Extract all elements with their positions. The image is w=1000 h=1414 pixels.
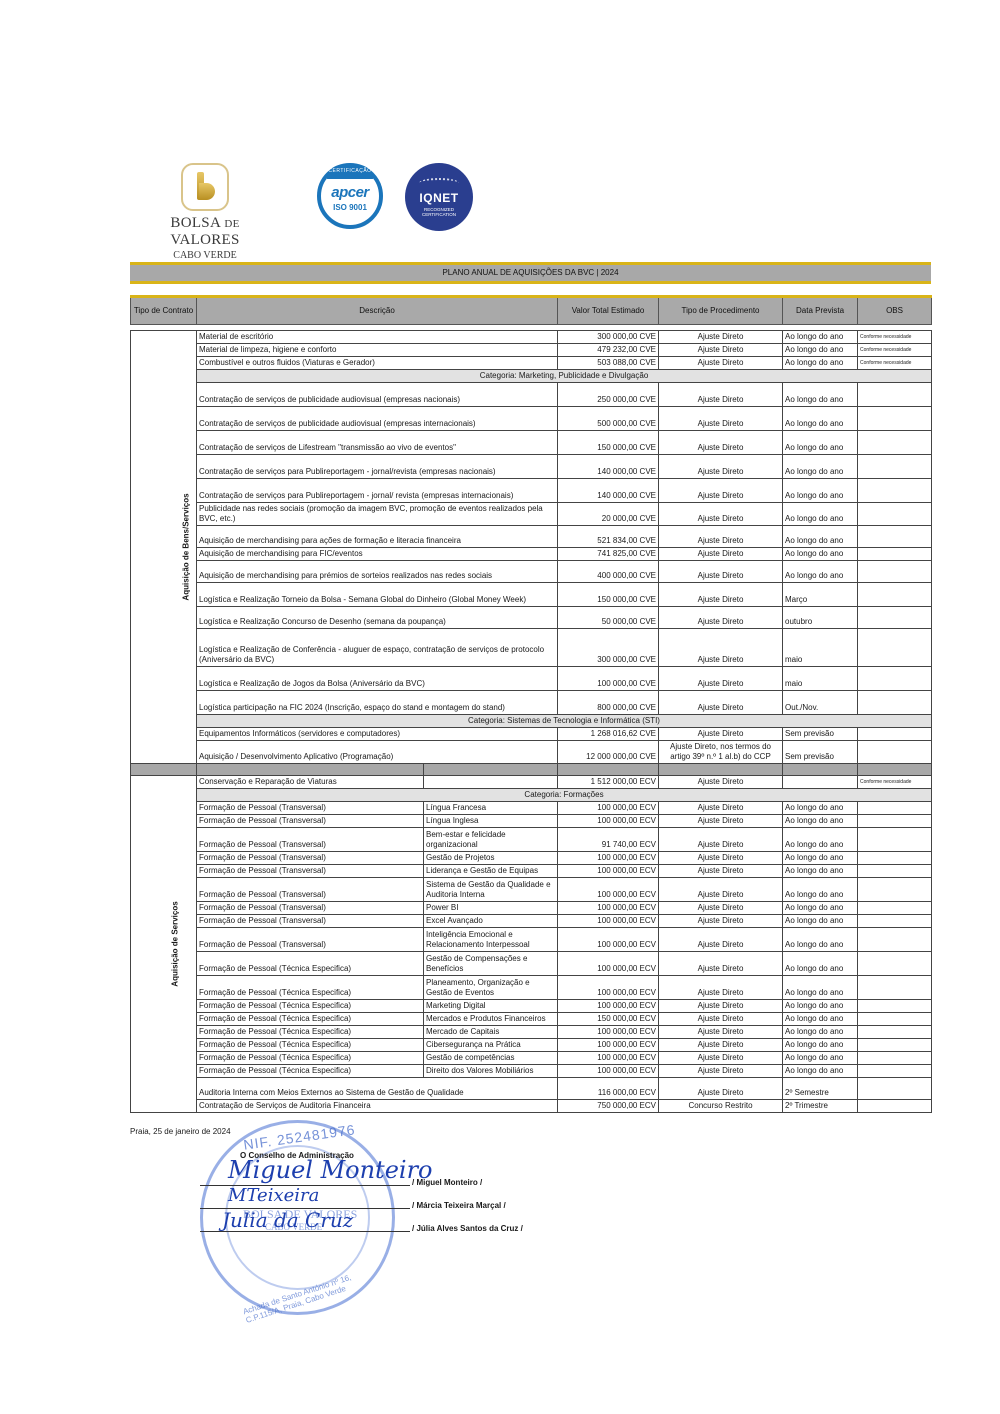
- row-procedure: Ajuste Direto: [659, 1000, 783, 1013]
- table-row: Formação de Pessoal (Transversal)Lideran…: [131, 865, 932, 878]
- group-separator: [131, 764, 932, 776]
- row-description: Logística e Realização de Conferência - …: [197, 629, 558, 667]
- row-obs: [858, 728, 932, 741]
- row-subject: Gestão de competências: [424, 1052, 558, 1065]
- category-row-marketing: Categoria: Marketing, Publicidade e Divu…: [131, 370, 932, 383]
- row-subject: [424, 776, 558, 789]
- row-description: Logística e Realização Concurso de Desen…: [197, 607, 558, 629]
- row-date: 2º Semestre: [783, 1078, 858, 1100]
- row-procedure: Ajuste Direto: [659, 583, 783, 607]
- row-date: Out./Nov.: [783, 691, 858, 715]
- row-obs: [858, 1052, 932, 1065]
- row-obs: [858, 1065, 932, 1078]
- separator-cell: [858, 764, 932, 776]
- row-subject: Liderança e Gestão de Equipas: [424, 865, 558, 878]
- row-date: Ao longo do ano: [783, 976, 858, 1000]
- row-date: Ao longo do ano: [783, 865, 858, 878]
- table-row: Formação de Pessoal (Técnica Especifica)…: [131, 1052, 932, 1065]
- row-value: 140 000,00 CVE: [558, 479, 659, 503]
- table-row: Formação de Pessoal (Transversal)Intelig…: [131, 928, 932, 952]
- row-description: Formação de Pessoal (Transversal): [197, 852, 424, 865]
- row-description: Formação de Pessoal (Técnica Especifica): [197, 1052, 424, 1065]
- row-date: Ao longo do ano: [783, 548, 858, 561]
- row-procedure: Ajuste Direto: [659, 455, 783, 479]
- row-obs: Conforme necessidade: [858, 331, 932, 344]
- row-value: 12 000 000,00 CVE: [558, 741, 659, 764]
- row-value: 140 000,00 CVE: [558, 455, 659, 479]
- row-obs: [858, 583, 932, 607]
- row-subject: Excel Avançado: [424, 915, 558, 928]
- table-row: Contratação de serviços de publicidade a…: [131, 407, 932, 431]
- table-row: Combustível e outros fluidos (Viaturas e…: [131, 357, 932, 370]
- row-procedure: Ajuste Direto: [659, 1039, 783, 1052]
- table-row: Formação de Pessoal (Técnica Especifica)…: [131, 952, 932, 976]
- row-procedure: Ajuste Direto: [659, 915, 783, 928]
- row-date: Sem previsão: [783, 741, 858, 764]
- row-procedure: Ajuste Direto: [659, 728, 783, 741]
- row-value: 20 000,00 CVE: [558, 503, 659, 526]
- row-procedure: Ajuste Direto: [659, 852, 783, 865]
- row-date: Ao longo do ano: [783, 331, 858, 344]
- table-row: Contratação de Serviços de Auditoria Fin…: [131, 1100, 932, 1113]
- row-value: 100 000,00 ECV: [558, 802, 659, 815]
- bvc-logo: BOLSA DE VALORES CABO VERDE: [140, 163, 270, 261]
- row-obs: [858, 1013, 932, 1026]
- row-description: Formação de Pessoal (Técnica Especifica): [197, 1013, 424, 1026]
- table-row: Formação de Pessoal (Técnica Especifica)…: [131, 1065, 932, 1078]
- bvc-logo-subtitle: CABO VERDE: [140, 250, 270, 261]
- table-row: Logística e Realização Torneio da Bolsa …: [131, 583, 932, 607]
- category-label: Categoria: Marketing, Publicidade e Divu…: [197, 370, 932, 383]
- row-procedure: Ajuste Direto: [659, 865, 783, 878]
- table-row: Contratação de serviços de publicidade a…: [131, 383, 932, 407]
- row-procedure: Ajuste Direto: [659, 1026, 783, 1039]
- row-obs: [858, 383, 932, 407]
- document-title-bar: PLANO ANUAL DE AQUISIÇÕES DA BVC | 2024: [130, 262, 931, 284]
- row-date: Ao longo do ano: [783, 915, 858, 928]
- row-procedure: Ajuste Direto: [659, 561, 783, 583]
- row-procedure: Ajuste Direto: [659, 802, 783, 815]
- row-subject: Power BI: [424, 902, 558, 915]
- table-row: Contratação de serviços para Publireport…: [131, 479, 932, 503]
- row-description: Contratação de Serviços de Auditoria Fin…: [197, 1100, 558, 1113]
- row-value: 50 000,00 CVE: [558, 607, 659, 629]
- row-value: 100 000,00 ECV: [558, 878, 659, 902]
- row-description: Aquisição / Desenvolvimento Aplicativo (…: [197, 741, 558, 764]
- row-obs: Conforme necessidade: [858, 344, 932, 357]
- row-subject: Marketing Digital: [424, 1000, 558, 1013]
- row-obs: [858, 741, 932, 764]
- row-date: Ao longo do ano: [783, 928, 858, 952]
- signing-date: Praia, 25 de janeiro de 2024: [130, 1127, 231, 1136]
- row-value: 400 000,00 CVE: [558, 561, 659, 583]
- table-row: Equipamentos Informáticos (servidores e …: [131, 728, 932, 741]
- col-header-obs: OBS: [858, 297, 932, 325]
- row-description: Contratação de serviços de Lifestream "t…: [197, 431, 558, 455]
- separator-cell: [131, 764, 197, 776]
- category-row-sti: Categoria: Sistemas de Tecnologia e Info…: [131, 715, 932, 728]
- row-value: 100 000,00 CVE: [558, 667, 659, 691]
- row-description: Aquisição de merchandising para FIC/even…: [197, 548, 558, 561]
- row-date: Ao longo do ano: [783, 503, 858, 526]
- table-row: Auditoria Interna com Meios Externos ao …: [131, 1078, 932, 1100]
- row-value: 91 740,00 ECV: [558, 828, 659, 852]
- row-value: 521 834,00 CVE: [558, 526, 659, 548]
- row-obs: [858, 976, 932, 1000]
- row-description: Material de limpeza, higiene e conforto: [197, 344, 558, 357]
- row-obs: [858, 667, 932, 691]
- group-servicos: Aquisição de Serviços: [131, 776, 197, 1113]
- separator-cell: [558, 764, 659, 776]
- row-obs: Conforme necessidade: [858, 776, 932, 789]
- row-obs: [858, 407, 932, 431]
- row-description: Formação de Pessoal (Técnica Especifica): [197, 1026, 424, 1039]
- row-date: Ao longo do ano: [783, 1013, 858, 1026]
- row-date: Ao longo do ano: [783, 852, 858, 865]
- signatory-name: / Miguel Monteiro /: [412, 1178, 482, 1187]
- table-row: Formação de Pessoal (Transversal)Bem-est…: [131, 828, 932, 852]
- table-row: Logística e Realização de Jogos da Bolsa…: [131, 667, 932, 691]
- row-obs: [858, 915, 932, 928]
- row-description: Formação de Pessoal (Transversal): [197, 878, 424, 902]
- row-value: 1 268 016,62 CVE: [558, 728, 659, 741]
- row-obs: [858, 561, 932, 583]
- row-value: 100 000,00 ECV: [558, 1039, 659, 1052]
- row-value: 300 000,00 CVE: [558, 629, 659, 667]
- row-obs: [858, 691, 932, 715]
- signature-1: Miguel Monteiro: [228, 1156, 433, 1184]
- row-subject: Língua Francesa: [424, 802, 558, 815]
- row-date: outubro: [783, 607, 858, 629]
- row-value: 116 000,00 ECV: [558, 1078, 659, 1100]
- row-description: Formação de Pessoal (Transversal): [197, 828, 424, 852]
- row-description: Formação de Pessoal (Transversal): [197, 915, 424, 928]
- row-procedure: Ajuste Direto: [659, 331, 783, 344]
- row-value: 300 000,00 CVE: [558, 331, 659, 344]
- row-obs: [858, 802, 932, 815]
- table-row: Contratação de serviços para Publireport…: [131, 455, 932, 479]
- category-row-formacoes: Categoria: Formações: [131, 789, 932, 802]
- row-value: 150 000,00 CVE: [558, 431, 659, 455]
- row-procedure: Ajuste Direto: [659, 902, 783, 915]
- row-description: Formação de Pessoal (Transversal): [197, 815, 424, 828]
- row-obs: [858, 865, 932, 878]
- table-header-row: Tipo de Contrato Descrição Valor Total E…: [131, 297, 932, 325]
- row-description: Contratação de serviços para Publireport…: [197, 479, 558, 503]
- row-procedure: Ajuste Direto: [659, 1013, 783, 1026]
- col-header-tipo: Tipo de Contrato: [131, 297, 197, 325]
- row-obs: Conforme necessidade: [858, 357, 932, 370]
- document-title: PLANO ANUAL DE AQUISIÇÕES DA BVC | 2024: [130, 268, 931, 277]
- row-obs: [858, 878, 932, 902]
- row-obs: [858, 1078, 932, 1100]
- row-obs: [858, 548, 932, 561]
- row-value: 100 000,00 ECV: [558, 865, 659, 878]
- row-obs: [858, 455, 932, 479]
- table-row: Formação de Pessoal (Técnica Especifica)…: [131, 1039, 932, 1052]
- row-value: 800 000,00 CVE: [558, 691, 659, 715]
- row-date: Ao longo do ano: [783, 455, 858, 479]
- table-row: Formação de Pessoal (Técnica Especifica)…: [131, 1013, 932, 1026]
- signatory-name: / Márcia Teixeira Marçal /: [412, 1201, 506, 1210]
- row-description: Formação de Pessoal (Transversal): [197, 902, 424, 915]
- row-value: 100 000,00 ECV: [558, 902, 659, 915]
- row-procedure: Ajuste Direto: [659, 691, 783, 715]
- table-row: Formação de Pessoal (Técnica Especifica)…: [131, 1000, 932, 1013]
- row-date: 2º Trimestre: [783, 1100, 858, 1113]
- row-description: Formação de Pessoal (Técnica Especifica): [197, 976, 424, 1000]
- row-description: Formação de Pessoal (Técnica Especifica): [197, 1065, 424, 1078]
- row-procedure: Ajuste Direto: [659, 828, 783, 852]
- row-value: 250 000,00 CVE: [558, 383, 659, 407]
- row-date: [783, 776, 858, 789]
- row-procedure: Ajuste Direto: [659, 1078, 783, 1100]
- row-obs: [858, 431, 932, 455]
- category-label: Categoria: Sistemas de Tecnologia e Info…: [197, 715, 932, 728]
- col-header-procedimento: Tipo de Procedimento: [659, 297, 783, 325]
- row-description: Material de escritório: [197, 331, 558, 344]
- row-description: Conservação e Reparação de Viaturas: [197, 776, 424, 789]
- row-description: Formação de Pessoal (Transversal): [197, 802, 424, 815]
- row-subject: Mercados e Produtos Financeiros: [424, 1013, 558, 1026]
- row-obs: [858, 902, 932, 915]
- row-value: 150 000,00 ECV: [558, 1013, 659, 1026]
- row-value: 741 825,00 CVE: [558, 548, 659, 561]
- row-procedure: Ajuste Direto: [659, 479, 783, 503]
- row-description: Formação de Pessoal (Técnica Especifica): [197, 952, 424, 976]
- acquisitions-table: Tipo de Contrato Descrição Valor Total E…: [130, 295, 932, 1113]
- row-subject: Planeamento, Organização e Gestão de Eve…: [424, 976, 558, 1000]
- row-procedure: Ajuste Direto: [659, 928, 783, 952]
- row-procedure: Ajuste Direto: [659, 1052, 783, 1065]
- signatory-name: / Júlia Alves Santos da Cruz /: [412, 1224, 523, 1233]
- group-label: Aquisição de Bens/Serviços: [182, 493, 192, 600]
- row-description: Publicidade nas redes sociais (promoção …: [197, 503, 558, 526]
- row-subject: Direito dos Valores Mobiliários: [424, 1065, 558, 1078]
- table-row: Formação de Pessoal (Transversal)Gestão …: [131, 852, 932, 865]
- row-date: Ao longo do ano: [783, 878, 858, 902]
- row-date: Ao longo do ano: [783, 1065, 858, 1078]
- table-row: Formação de Pessoal (Transversal)Power B…: [131, 902, 932, 915]
- row-value: 100 000,00 ECV: [558, 852, 659, 865]
- separator-cell: [659, 764, 783, 776]
- group-bens-servicos: Aquisição de Bens/Serviços: [131, 331, 197, 764]
- row-description: Logística e Realização de Jogos da Bolsa…: [197, 667, 558, 691]
- bvc-logo-title: BOLSA DE VALORES: [140, 215, 270, 249]
- row-date: Ao longo do ano: [783, 815, 858, 828]
- row-subject: Inteligência Emocional e Relacionamento …: [424, 928, 558, 952]
- row-date: Ao longo do ano: [783, 952, 858, 976]
- row-date: Ao longo do ano: [783, 383, 858, 407]
- row-obs: [858, 928, 932, 952]
- table-row: Logística participação na FIC 2024 (Insc…: [131, 691, 932, 715]
- row-obs: [858, 526, 932, 548]
- row-procedure: Ajuste Direto: [659, 1065, 783, 1078]
- table-row: Material de limpeza, higiene e conforto4…: [131, 344, 932, 357]
- table-row: Publicidade nas redes sociais (promoção …: [131, 503, 932, 526]
- table-row: Aquisição de Bens/ServiçosMaterial de es…: [131, 331, 932, 344]
- row-value: 479 232,00 CVE: [558, 344, 659, 357]
- row-value: 100 000,00 ECV: [558, 1052, 659, 1065]
- row-description: Formação de Pessoal (Transversal): [197, 928, 424, 952]
- table-row: Contratação de serviços de Lifestream "t…: [131, 431, 932, 455]
- row-subject: Gestão de Compensações e Benefícios: [424, 952, 558, 976]
- row-procedure: Ajuste Direto: [659, 607, 783, 629]
- table-row: Formação de Pessoal (Transversal)Língua …: [131, 802, 932, 815]
- table-row: Formação de Pessoal (Transversal)Língua …: [131, 815, 932, 828]
- signature-3: Julia da Cruz: [222, 1208, 353, 1232]
- row-procedure: Ajuste Direto: [659, 383, 783, 407]
- table-row: Logística e Realização Concurso de Desen…: [131, 607, 932, 629]
- row-date: Ao longo do ano: [783, 357, 858, 370]
- row-procedure: Ajuste Direto: [659, 357, 783, 370]
- row-date: Ao longo do ano: [783, 1039, 858, 1052]
- col-header-valor: Valor Total Estimado: [558, 297, 659, 325]
- row-date: maio: [783, 667, 858, 691]
- row-date: Ao longo do ano: [783, 526, 858, 548]
- table-row: Logística e Realização de Conferência - …: [131, 629, 932, 667]
- row-description: Contratação de serviços de publicidade a…: [197, 407, 558, 431]
- row-procedure: Concurso Restrito: [659, 1100, 783, 1113]
- row-subject: Bem-estar e felicidade organizacional: [424, 828, 558, 852]
- row-subject: Cibersegurança na Prática: [424, 1039, 558, 1052]
- table-row: Formação de Pessoal (Transversal)Excel A…: [131, 915, 932, 928]
- row-description: Aquisição de merchandising para ações de…: [197, 526, 558, 548]
- row-description: Logística participação na FIC 2024 (Insc…: [197, 691, 558, 715]
- row-date: Ao longo do ano: [783, 344, 858, 357]
- table-row: Formação de Pessoal (Transversal)Sistema…: [131, 878, 932, 902]
- row-value: 1 512 000,00 ECV: [558, 776, 659, 789]
- row-value: 100 000,00 ECV: [558, 915, 659, 928]
- table-row: Aquisição de merchandising para prémios …: [131, 561, 932, 583]
- row-date: Ao longo do ano: [783, 902, 858, 915]
- row-date: Ao longo do ano: [783, 1000, 858, 1013]
- row-description: Contratação de serviços para Publireport…: [197, 455, 558, 479]
- row-date: Março: [783, 583, 858, 607]
- row-procedure: Ajuste Direto: [659, 526, 783, 548]
- row-value: 100 000,00 ECV: [558, 1000, 659, 1013]
- separator-cell: [424, 764, 558, 776]
- row-subject: Sistema de Gestão da Qualidade e Auditor…: [424, 878, 558, 902]
- row-procedure: Ajuste Direto: [659, 344, 783, 357]
- row-procedure: Ajuste Direto: [659, 878, 783, 902]
- row-value: 503 088,00 CVE: [558, 357, 659, 370]
- row-procedure: Ajuste Direto: [659, 629, 783, 667]
- row-date: Ao longo do ano: [783, 828, 858, 852]
- row-description: Logística e Realização Torneio da Bolsa …: [197, 583, 558, 607]
- row-value: 100 000,00 ECV: [558, 928, 659, 952]
- row-obs: [858, 503, 932, 526]
- iqnet-badge-icon: IQNET RECOGNIZEDCERTIFICATION: [405, 163, 473, 231]
- row-obs: [858, 629, 932, 667]
- row-procedure: Ajuste Direto: [659, 976, 783, 1000]
- row-value: 750 000,00 ECV: [558, 1100, 659, 1113]
- row-value: 100 000,00 ECV: [558, 976, 659, 1000]
- row-date: Ao longo do ano: [783, 1026, 858, 1039]
- row-description: Combustível e outros fluidos (Viaturas e…: [197, 357, 558, 370]
- row-procedure: Ajuste Direto: [659, 815, 783, 828]
- table-row: Aquisição de ServiçosConservação e Repar…: [131, 776, 932, 789]
- col-header-descricao: Descrição: [197, 297, 558, 325]
- separator-cell: [197, 764, 424, 776]
- row-description: Formação de Pessoal (Técnica Especifica): [197, 1039, 424, 1052]
- row-procedure: Ajuste Direto: [659, 503, 783, 526]
- row-procedure: Ajuste Direto: [659, 431, 783, 455]
- group-label: Aquisição de Serviços: [171, 901, 181, 986]
- row-date: Ao longo do ano: [783, 431, 858, 455]
- row-procedure: Ajuste Direto: [659, 952, 783, 976]
- row-obs: [858, 828, 932, 852]
- row-obs: [858, 1100, 932, 1113]
- row-procedure: Ajuste Direto: [659, 776, 783, 789]
- row-obs: [858, 815, 932, 828]
- row-description: Auditoria Interna com Meios Externos ao …: [197, 1078, 558, 1100]
- row-date: Sem previsão: [783, 728, 858, 741]
- row-value: 100 000,00 ECV: [558, 1065, 659, 1078]
- row-procedure: Ajuste Direto: [659, 407, 783, 431]
- signature-2: MTeixeira: [228, 1185, 319, 1206]
- row-date: Ao longo do ano: [783, 479, 858, 503]
- row-procedure: Ajuste Direto: [659, 667, 783, 691]
- row-subject: Gestão de Projetos: [424, 852, 558, 865]
- row-value: 500 000,00 CVE: [558, 407, 659, 431]
- row-value: 100 000,00 ECV: [558, 952, 659, 976]
- row-procedure: Ajuste Direto, nos termos do artigo 39º …: [659, 741, 783, 764]
- row-value: 100 000,00 ECV: [558, 1026, 659, 1039]
- row-date: maio: [783, 629, 858, 667]
- row-date: Ao longo do ano: [783, 561, 858, 583]
- row-description: Contratação de serviços de publicidade a…: [197, 383, 558, 407]
- row-description: Aquisição de merchandising para prémios …: [197, 561, 558, 583]
- row-obs: [858, 479, 932, 503]
- row-obs: [858, 1039, 932, 1052]
- row-obs: [858, 852, 932, 865]
- row-date: Ao longo do ano: [783, 1052, 858, 1065]
- row-obs: [858, 607, 932, 629]
- table-row: Aquisição de merchandising para ações de…: [131, 526, 932, 548]
- separator-cell: [783, 764, 858, 776]
- table-row: Formação de Pessoal (Técnica Especifica)…: [131, 976, 932, 1000]
- row-description: Formação de Pessoal (Técnica Especifica): [197, 1000, 424, 1013]
- row-value: 150 000,00 CVE: [558, 583, 659, 607]
- bvc-logo-mark-icon: [181, 163, 229, 211]
- row-date: Ao longo do ano: [783, 802, 858, 815]
- col-header-data: Data Prevista: [783, 297, 858, 325]
- table-row: Aquisição / Desenvolvimento Aplicativo (…: [131, 741, 932, 764]
- apcer-iso9001-badge-icon: CERTIFICAÇÃO apcer ISO 9001: [317, 163, 383, 229]
- row-value: 100 000,00 ECV: [558, 815, 659, 828]
- row-description: Equipamentos Informáticos (servidores e …: [197, 728, 558, 741]
- table-row: Aquisição de merchandising para FIC/even…: [131, 548, 932, 561]
- row-obs: [858, 1026, 932, 1039]
- row-subject: Língua Inglesa: [424, 815, 558, 828]
- row-obs: [858, 1000, 932, 1013]
- row-obs: [858, 952, 932, 976]
- row-procedure: Ajuste Direto: [659, 548, 783, 561]
- row-date: Ao longo do ano: [783, 407, 858, 431]
- table-row: Formação de Pessoal (Técnica Especifica)…: [131, 1026, 932, 1039]
- row-description: Formação de Pessoal (Transversal): [197, 865, 424, 878]
- category-label: Categoria: Formações: [197, 789, 932, 802]
- row-subject: Mercado de Capitais: [424, 1026, 558, 1039]
